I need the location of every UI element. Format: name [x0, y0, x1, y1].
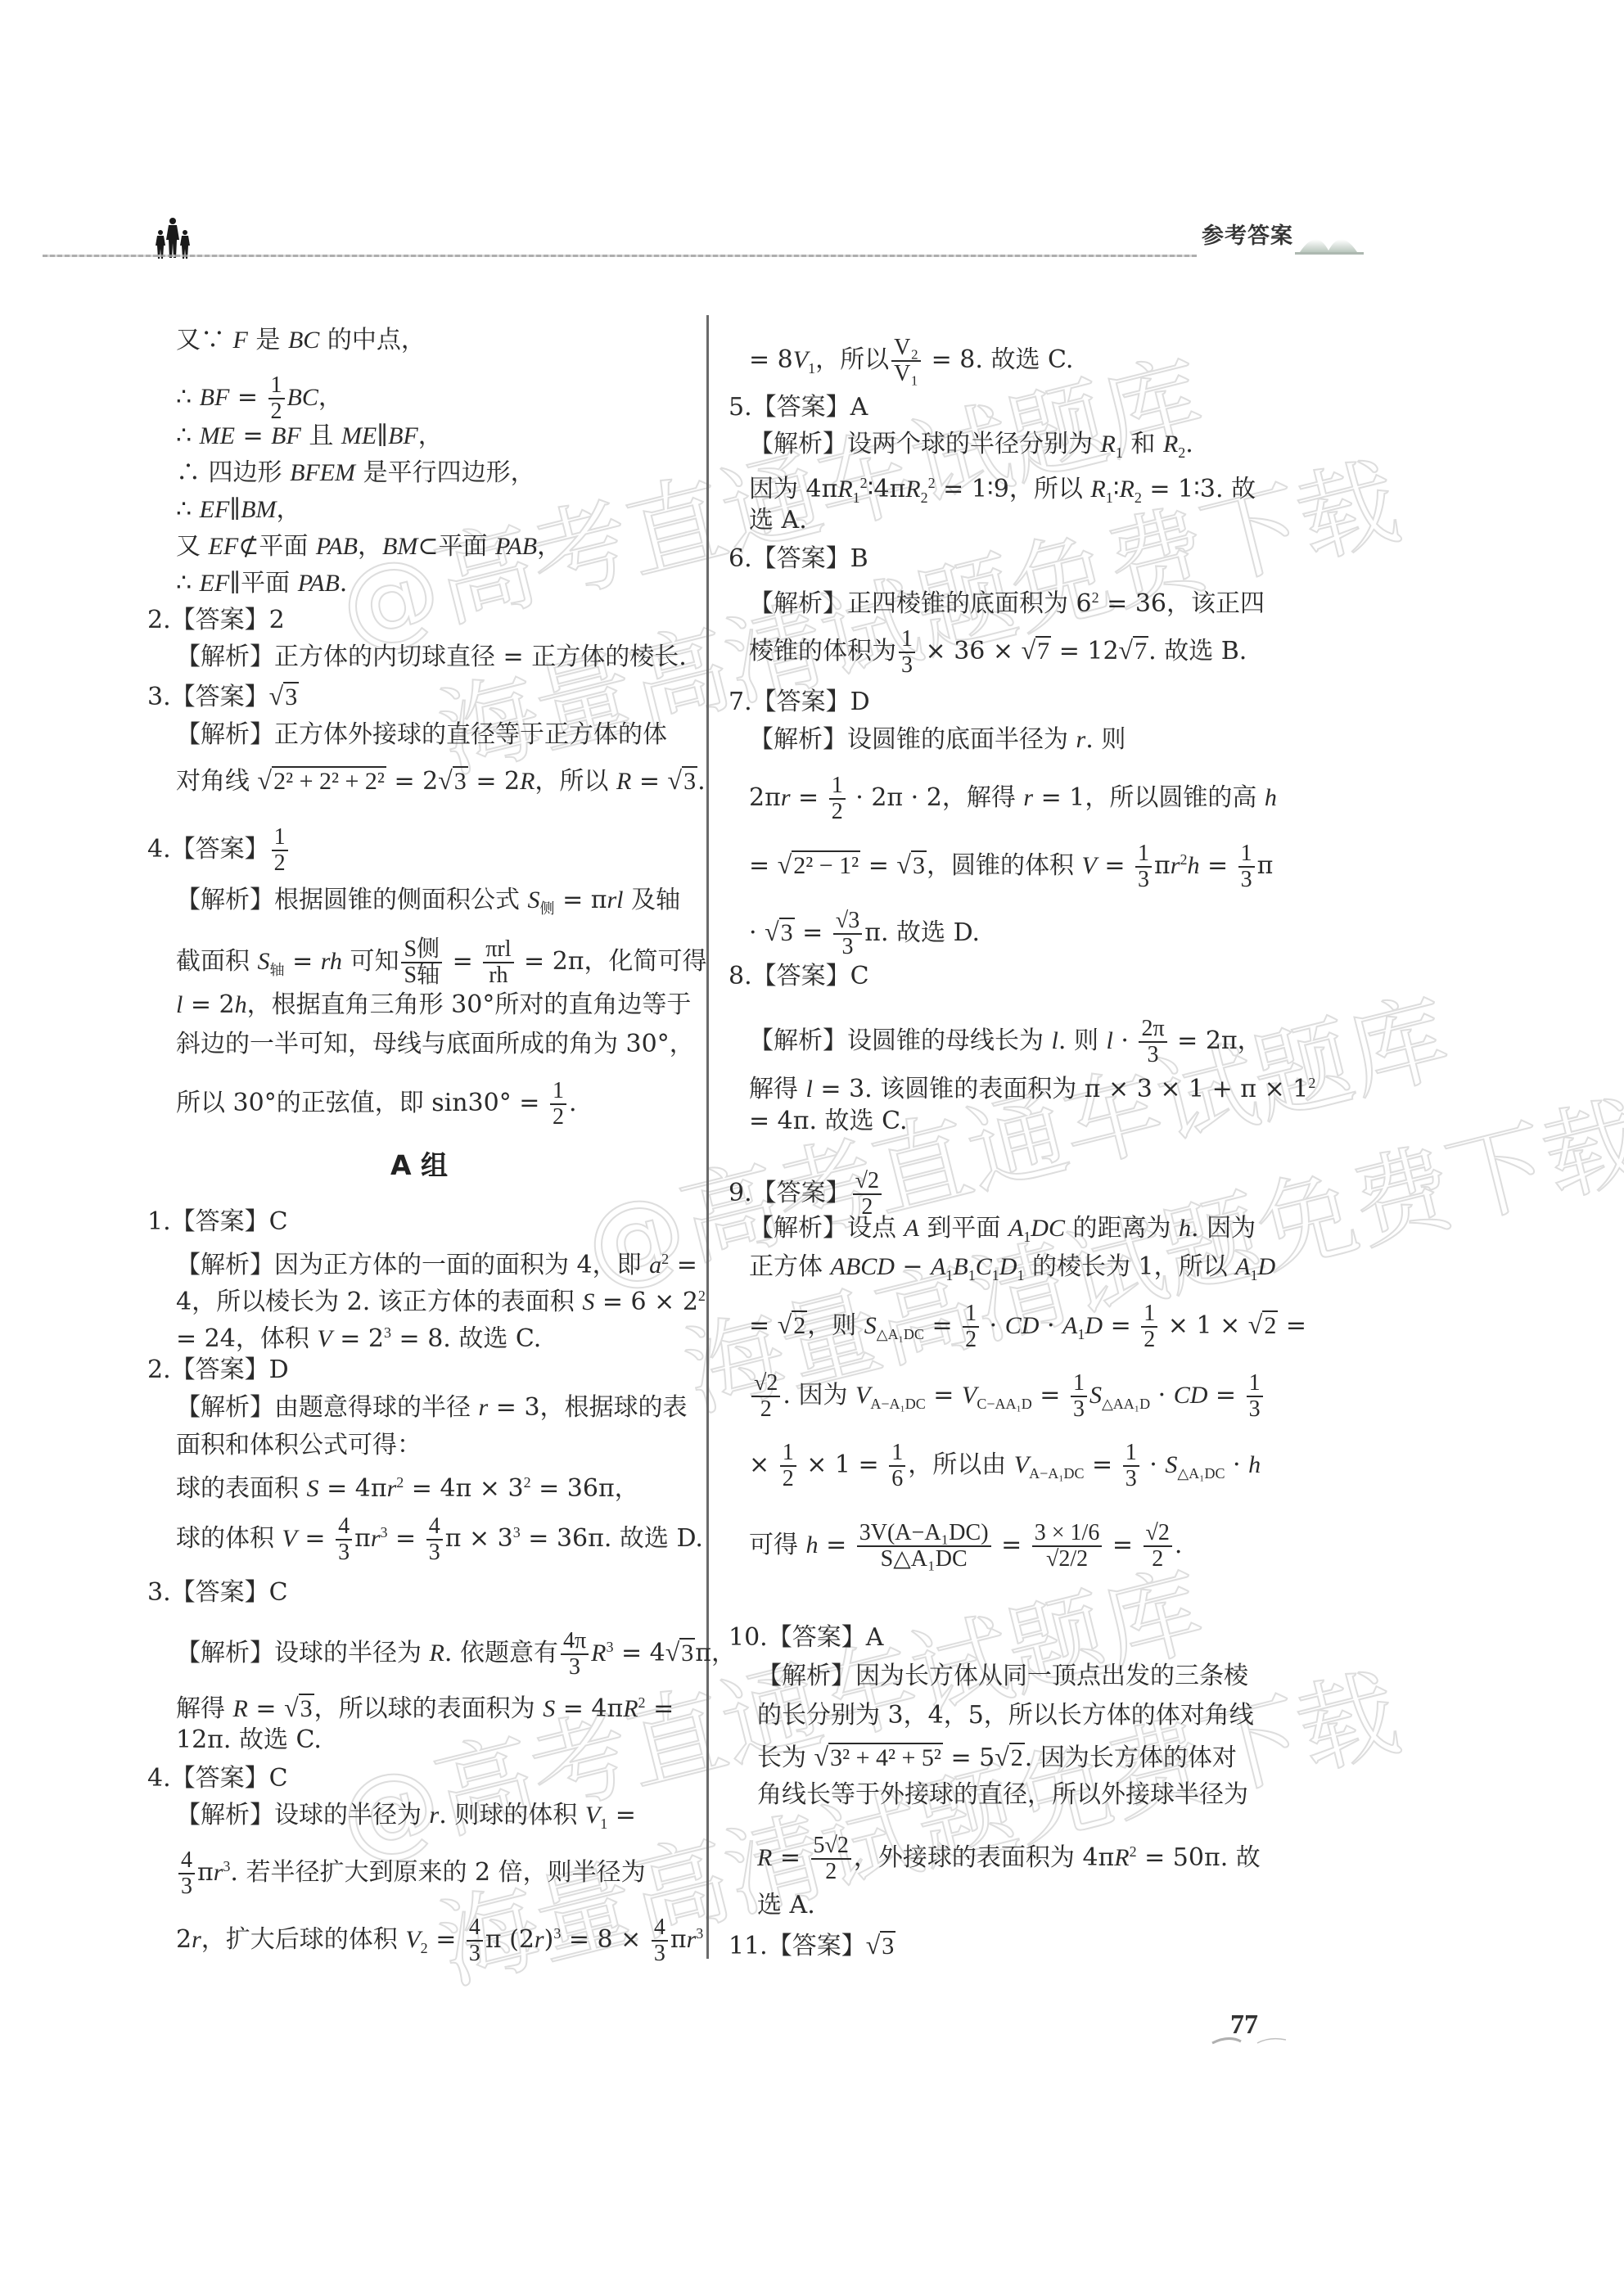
text-run: = — [388, 1524, 424, 1553]
fraction-denominator: 2 — [272, 851, 288, 876]
text-line: 斜边的一半可知，母线与底面所成的角为 30°， — [176, 1030, 694, 1059]
text-run: = — [749, 851, 778, 880]
text-run: = 2 — [386, 767, 438, 796]
square-root: √3 — [765, 917, 795, 948]
text-run: = — [297, 1524, 333, 1553]
subscript: 2 — [921, 489, 928, 506]
square-root: √2 — [995, 1742, 1025, 1773]
math-variable: A — [1062, 1312, 1077, 1339]
text-run: ， — [358, 532, 382, 561]
fraction: 12 — [1141, 1301, 1157, 1352]
fraction: 13 — [1238, 841, 1255, 892]
text-run: ∶4π — [868, 475, 906, 503]
text-run: = — [924, 1311, 960, 1340]
text-line: 所以 30°的正弦值，即 sin30° = 12. — [176, 1079, 577, 1130]
math-variable: BFEM — [290, 459, 355, 486]
text-run: ，外接球的表面积为 4π — [854, 1843, 1114, 1872]
fraction: 12 — [268, 373, 285, 424]
text-line: 11.【答案】√3 — [729, 1930, 895, 1961]
math-variable: BC — [288, 327, 319, 354]
text-line: 【解析】因为正方体的一面的面积为 4，即 a2 = — [176, 1244, 697, 1280]
radical-sign-icon: √ — [995, 1742, 1009, 1771]
text-run: ，扩大后球的体积 — [201, 1925, 406, 1954]
text-run: 【解析】正方体的内切球直径 = 正方体的棱长. — [176, 643, 687, 671]
math-variable: h — [1248, 1451, 1261, 1478]
math-variable: r — [479, 1394, 489, 1421]
radicand: 3 — [453, 766, 468, 795]
text-line: 2r，扩大后球的体积 V2 = 43π (2r)3 = 8 × 43πr3 — [176, 1915, 703, 1966]
fraction: 13 — [1247, 1371, 1263, 1422]
fraction: 13 — [899, 627, 915, 678]
radical-sign-icon: √ — [1022, 635, 1036, 665]
math-variable: D — [1257, 1253, 1275, 1280]
text-run: 是 — [248, 326, 288, 354]
fraction: 43 — [336, 1514, 352, 1565]
math-variable: BF — [271, 422, 301, 449]
math-variable: V — [585, 1802, 600, 1829]
text-run: = 4π × 3 — [404, 1474, 523, 1503]
subscript: 侧 — [540, 900, 555, 917]
text-run: π — [1257, 851, 1274, 880]
superscript: 2 — [1308, 1075, 1315, 1091]
text-run: 又∵ — [176, 326, 233, 354]
text-run: 解得 — [176, 1694, 233, 1723]
text-run: π — [354, 1524, 371, 1553]
math-variable: S — [258, 948, 270, 975]
fraction-denominator: 3 — [1123, 1467, 1139, 1491]
subscript: 1 — [1116, 444, 1123, 461]
text-run: = 3，根据球的表 — [488, 1393, 687, 1422]
math-variable: r — [214, 1859, 223, 1886]
text-run: 因为 4π — [749, 475, 837, 503]
text-run: = 3. 该圆锥的表面积为 π × 3 × 1 + π × 1 — [813, 1075, 1308, 1103]
text-line: ∴ EF∥BM， — [176, 495, 300, 525]
fraction-numerator: V₂ — [891, 336, 921, 362]
radical-sign-icon: √ — [438, 765, 453, 795]
math-variable: DC — [1031, 1215, 1065, 1242]
fraction-denominator: 6 — [889, 1467, 905, 1491]
text-run: ，所以球的表面积为 — [314, 1694, 544, 1723]
fraction-denominator: rh — [483, 963, 513, 988]
text-run: ， — [318, 383, 343, 412]
fraction-numerator: 4π — [561, 1629, 589, 1655]
math-variable: r — [430, 1802, 440, 1829]
text-line: 43πr3. 若半径扩大到原来的 2 倍，则半径为 — [176, 1848, 646, 1899]
text-run: 对角线 — [176, 767, 258, 796]
text-run: − — [895, 1252, 931, 1281]
text-run: = 50π. 故 — [1137, 1843, 1261, 1872]
text-run: · — [1142, 1450, 1166, 1479]
text-line: 【解析】设点 A 到平面 A1DC 的距离为 h. 因为 — [749, 1214, 1256, 1252]
fraction-numerator: √2 — [853, 1169, 882, 1195]
square-root: √7 — [1022, 635, 1052, 666]
text-run: 是平行四边形， — [355, 458, 535, 487]
math-variable: l — [806, 1076, 813, 1103]
fraction: 3V(A−A₁DC)S△A₁DC — [857, 1521, 991, 1572]
text-run: 3.【答案】C — [147, 1578, 288, 1607]
math-variable: l — [1107, 1027, 1113, 1054]
fraction: 2π3 — [1139, 1017, 1166, 1067]
fraction-numerator: 1 — [550, 1079, 566, 1105]
text-line: l = 2h，根据直角三角形 30°所对的直角边等于 — [176, 990, 691, 1020]
fraction: 13 — [1135, 841, 1152, 892]
fraction-numerator: √2 — [751, 1371, 780, 1397]
text-run: . — [444, 1639, 453, 1667]
square-root: √3² + 4² + 5² — [814, 1742, 943, 1773]
text-run: 的中点， — [319, 326, 426, 354]
text-line: 【解析】因为长方体从同一顶点出发的三条棱 — [757, 1662, 1248, 1691]
superscript: 3 — [513, 1524, 521, 1540]
text-run: 棱锥的体积为 — [749, 637, 896, 665]
math-variable: l — [1052, 1027, 1058, 1054]
fraction: √22 — [751, 1371, 780, 1422]
text-run: = — [926, 1381, 962, 1410]
text-line: 角线长等于外接球的直径，所以外接球半径为 — [757, 1780, 1248, 1810]
square-root: √2² − 1² — [778, 850, 860, 881]
text-run: 正方体 — [749, 1252, 831, 1281]
text-run: 4.【答案】 — [147, 835, 269, 864]
text-line: 2.【答案】D — [147, 1355, 289, 1385]
fraction-denominator: 3 — [899, 653, 915, 678]
fraction-denominator: 3 — [178, 1874, 195, 1899]
subscript: 1 — [600, 1816, 607, 1832]
text-run: = 4π — [319, 1474, 387, 1503]
text-line: 长为 √3² + 4² + 5² = 5√2. 因为长方体的体对 — [757, 1742, 1237, 1773]
text-line: 对角线 √2² + 2² + 2² = 2√3 = 2R，所以 R = √3. — [176, 765, 706, 796]
math-variable: R — [233, 1695, 248, 1722]
text-run: = 2π，化简可得 — [517, 947, 707, 976]
radical-sign-icon: √ — [1119, 635, 1134, 665]
fraction: 13 — [1123, 1441, 1139, 1491]
text-line: × 12 × 1 = 16，所以由 VA−A₁DC = 13 · S△A₁DC … — [749, 1441, 1261, 1491]
text-run: 选 A. — [749, 506, 807, 535]
text-run: = — [248, 1694, 284, 1723]
text-run: · — [1039, 1311, 1062, 1340]
math-variable: BM — [241, 496, 276, 523]
text-run: 【解析】正方体外接球的直径等于正方体的体 — [176, 720, 667, 749]
radical-sign-icon: √ — [896, 850, 911, 879]
radical-sign-icon: √ — [778, 850, 792, 879]
text-run: = — [1103, 1311, 1139, 1340]
fraction-numerator: 1 — [1247, 1371, 1263, 1397]
text-line: = 24，体积 V = 23 = 8. 故选 C. — [176, 1318, 541, 1354]
text-run: 依题意有 — [452, 1639, 558, 1667]
square-root: √3 — [438, 765, 468, 796]
page-number-ornament-icon — [1208, 2035, 1290, 2046]
text-run: = 1∶3. 故 — [1142, 475, 1256, 503]
math-variable: D — [1085, 1312, 1103, 1339]
text-run: π × 3 — [445, 1524, 513, 1553]
superscript: 2 — [1130, 1843, 1137, 1860]
text-line: 4.【答案】C — [147, 1764, 288, 1793]
fraction-denominator: 2 — [780, 1467, 796, 1491]
superscript: 2 — [638, 1694, 646, 1711]
text-run: 球的体积 — [176, 1524, 282, 1553]
radicand: 2² − 1² — [792, 850, 860, 879]
text-line: 棱锥的体积为13 × 36 × √7 = 12√7. 故选 B. — [749, 627, 1247, 678]
text-run: 解得 — [749, 1075, 806, 1103]
square-root: √3 — [896, 850, 927, 881]
text-run: 【解析】因为长方体从同一顶点出发的三条棱 — [757, 1662, 1248, 1690]
text-run: × — [749, 1450, 778, 1479]
text-run: ∶ — [1113, 475, 1120, 503]
text-run: = 1，所以圆锥的高 — [1033, 783, 1265, 812]
header-title: 参考答案 — [1202, 218, 1293, 250]
text-line: 【解析】根据圆锥的侧面积公式 S侧 = πrl 及轴 — [176, 886, 680, 923]
text-line: 4.【答案】12 — [147, 825, 291, 876]
math-variable: S — [307, 1475, 319, 1502]
fraction-numerator: 1 — [268, 373, 285, 399]
math-variable: B — [953, 1253, 968, 1280]
fraction-denominator: 3 — [833, 935, 862, 959]
fraction: 13 — [1071, 1371, 1087, 1422]
text-run: ，圆锥的体积 — [927, 851, 1082, 880]
math-variable: R — [1090, 476, 1105, 503]
math-variable: r — [535, 1926, 544, 1953]
fraction: 4π3 — [561, 1629, 589, 1680]
math-variable: S — [1165, 1451, 1177, 1478]
math-variable: h — [1187, 852, 1199, 879]
math-variable: R — [1101, 431, 1116, 458]
radical-sign-icon: √ — [814, 1742, 829, 1771]
text-line: 解得 l = 3. 该圆锥的表面积为 π × 3 × 1 + π × 12 — [749, 1068, 1315, 1104]
radicand: 3² + 4² + 5² — [828, 1743, 943, 1771]
fraction-numerator: 4 — [652, 1915, 668, 1942]
text-run: = — [795, 918, 831, 947]
fraction: 12 — [963, 1301, 979, 1352]
fraction: √22 — [1144, 1521, 1172, 1572]
text-run: = 8 × — [561, 1925, 649, 1954]
text-run: = 8. 故选 C. — [923, 345, 1073, 374]
fraction: 12 — [550, 1079, 566, 1130]
math-variable: R — [520, 768, 535, 795]
math-variable: R — [1163, 431, 1178, 458]
text-run: = 5 — [943, 1743, 995, 1772]
fraction: V₂V₁ — [891, 336, 921, 386]
superscript: 2 — [1092, 589, 1099, 606]
text-line: 球的表面积 S = 4πr2 = 4π × 32 = 36π， — [176, 1468, 639, 1504]
text-run: = — [428, 1925, 464, 1954]
text-line: 3.【答案】√3 — [147, 681, 299, 712]
text-line: 8.【答案】C — [729, 962, 869, 991]
text-run: ⊄平面 — [238, 532, 316, 561]
text-run: ， — [418, 422, 443, 450]
text-line: √22. 因为 VA−A₁DC = VC−AA₁D = 13S△AA₁D · C… — [749, 1371, 1265, 1422]
text-run: = — [819, 1531, 855, 1559]
text-run: π — [1154, 851, 1171, 880]
math-variable: S — [543, 1695, 555, 1722]
text-run: = — [1278, 1311, 1306, 1340]
text-run: 和 — [1123, 430, 1163, 458]
radical-sign-icon: √ — [765, 917, 779, 946]
math-variable: r — [192, 1926, 201, 1953]
text-run: 8.【答案】C — [729, 962, 869, 990]
text-run: = 2π， — [1170, 1026, 1262, 1055]
math-variable: CD — [1174, 1382, 1208, 1409]
fraction-numerator: 1 — [899, 627, 915, 653]
fraction-denominator: S轴 — [401, 963, 442, 988]
text-run: · — [749, 918, 765, 947]
text-run: . — [569, 1089, 577, 1117]
subscript: 2 — [1178, 444, 1185, 461]
text-line: ∴ BF = 12BC， — [176, 373, 343, 424]
math-variable: V — [855, 1382, 870, 1409]
fraction-numerator: 3V(A−A₁DC) — [857, 1521, 991, 1547]
superscript: 3 — [696, 1925, 703, 1942]
text-run: ，所以 — [535, 767, 616, 796]
text-run: = — [994, 1531, 1030, 1559]
radicand: 3 — [911, 850, 927, 879]
superscript: 2 — [928, 475, 936, 491]
radical-sign-icon: √ — [269, 681, 284, 710]
fraction: √33 — [833, 909, 862, 959]
radical-sign-icon: √ — [258, 765, 273, 795]
text-line: 因为 4πR12∶4πR22 = 1∶9，所以 R1∶R2 = 1∶3. 故 — [749, 468, 1256, 512]
fraction: 43 — [178, 1848, 195, 1899]
superscript: 2 — [524, 1474, 531, 1491]
fraction-numerator: 4 — [426, 1514, 443, 1540]
text-run: 因为 — [791, 1381, 855, 1410]
fraction-denominator: 2 — [268, 399, 285, 424]
text-run: 的长分别为 3，4，5，所以长方体的体对角线 — [757, 1701, 1254, 1730]
text-run: = 6 × 2 — [594, 1288, 698, 1316]
radical-sign-icon: √ — [778, 1310, 792, 1339]
math-variable: V — [282, 1525, 297, 1552]
text-run: · — [1225, 1450, 1248, 1479]
subscript: 2 — [421, 1940, 428, 1956]
text-run: ∥ — [229, 495, 241, 524]
text-run: ∴ — [176, 569, 200, 598]
fraction-numerator: πrl — [483, 937, 513, 963]
radicand: 3 — [880, 1931, 895, 1960]
math-variable: a — [649, 1252, 661, 1279]
text-run: 可知 — [342, 947, 399, 976]
text-run: = — [669, 1251, 697, 1279]
fraction-numerator: 4 — [336, 1514, 352, 1540]
math-variable: CD — [1005, 1312, 1040, 1339]
text-run: · — [1113, 1026, 1137, 1055]
text-run: 10.【答案】A — [729, 1623, 883, 1652]
text-run: 【解析】设两个球的半径分别为 — [749, 430, 1101, 458]
text-line: 的长分别为 3，4，5，所以长方体的体对角线 — [757, 1701, 1254, 1730]
text-line: 选 A. — [757, 1891, 815, 1920]
superscript: 3 — [381, 1524, 388, 1540]
header-rule — [43, 255, 1197, 257]
text-run: ∥ — [377, 422, 388, 450]
text-run: 【解析】设球的半径为 — [176, 1639, 430, 1667]
fraction-denominator: 2 — [550, 1105, 566, 1130]
text-run: . — [697, 767, 706, 796]
math-variable: S — [528, 886, 540, 913]
text-run: 则 — [1066, 1026, 1106, 1055]
radicand: 2 — [792, 1310, 807, 1339]
text-run: . — [783, 1381, 791, 1410]
text-run: 9.【答案】 — [729, 1179, 850, 1207]
math-variable: A — [1235, 1253, 1250, 1280]
radicand: 3 — [299, 1694, 314, 1722]
math-variable: rh — [321, 948, 342, 975]
math-variable: r — [1023, 784, 1033, 811]
text-run: · — [981, 1311, 1005, 1340]
text-run: 的距离为 — [1065, 1214, 1179, 1243]
text-run: = — [1032, 1381, 1068, 1410]
text-run: 2.【答案】D — [147, 1355, 289, 1384]
text-line: 12π. 故选 C. — [176, 1725, 322, 1755]
fraction: √22 — [853, 1169, 882, 1220]
math-variable: h — [806, 1531, 819, 1558]
text-run: = 1∶9，所以 — [936, 475, 1091, 503]
text-run: = — [1085, 1450, 1121, 1479]
text-run: ∴ — [176, 383, 200, 412]
fraction: 12 — [272, 825, 288, 876]
text-run: 【解析】设点 — [749, 1214, 904, 1243]
fraction: 12 — [829, 774, 846, 824]
square-root: √3 — [269, 681, 300, 712]
fraction-numerator: 1 — [1141, 1301, 1157, 1328]
text-run: 可得 — [749, 1531, 806, 1559]
fraction-numerator: 1 — [272, 825, 288, 851]
radicand: 2 — [1262, 1310, 1278, 1339]
text-run: 6.【答案】B — [729, 544, 868, 573]
text-line: ∴ EF∥平面 PAB. — [176, 569, 347, 598]
text-run: = 4π. 故选 C. — [749, 1107, 908, 1135]
text-run: 球的表面积 — [176, 1474, 307, 1503]
fraction-numerator: 4 — [178, 1848, 195, 1874]
superscript: 3 — [384, 1324, 391, 1341]
math-variable: ME — [341, 422, 377, 449]
text-run: 角线长等于外接球的直径，所以外接球半径为 — [757, 1780, 1248, 1809]
radicand: 7 — [1035, 636, 1051, 665]
text-run: 5.【答案】A — [729, 393, 868, 422]
text-line: 可得 h = 3V(A−A₁DC)S△A₁DC = 3 × 1/6√2/2 = … — [749, 1521, 1182, 1572]
text-run: = — [631, 767, 667, 796]
text-run: = 36π， — [531, 1474, 639, 1503]
math-variable: BF — [388, 422, 418, 449]
math-variable: V — [405, 1926, 420, 1953]
text-run: 长为 — [757, 1743, 814, 1772]
text-line: = 8V1，所以V₂V₁ = 8. 故选 C. — [749, 336, 1073, 386]
fraction-denominator: 2 — [811, 1860, 851, 1884]
text-line: 10.【答案】A — [729, 1623, 883, 1653]
text-line: 选 A. — [749, 506, 807, 535]
fraction: 12 — [780, 1441, 796, 1491]
subscript: 1 — [808, 360, 815, 377]
text-run: . — [340, 569, 348, 598]
subscript: 1 — [1106, 489, 1113, 506]
text-run: = 2 — [183, 990, 234, 1019]
text-run: 12π. 故选 C. — [176, 1725, 322, 1754]
math-variable: PAB — [495, 533, 537, 560]
text-run: = — [1097, 851, 1133, 880]
fraction-numerator: S侧 — [401, 937, 442, 963]
math-variable: h — [1179, 1215, 1191, 1242]
text-run: . — [439, 1801, 447, 1829]
fraction-denominator: 3 — [336, 1540, 352, 1565]
text-run: = 8 — [749, 345, 793, 374]
fraction-denominator: √2/2 — [1032, 1547, 1103, 1572]
square-root: √7 — [1119, 635, 1149, 666]
math-variable: r — [1171, 852, 1180, 879]
text-run: · 2π · 2，解得 — [848, 783, 1024, 812]
text-run: 则 — [1094, 725, 1126, 754]
text-run: · — [1150, 1381, 1174, 1410]
text-line: 【解析】设圆锥的母线长为 l. 则 l · 2π3 = 2π， — [749, 1017, 1262, 1067]
text-run: 【解析】因为正方体的一面的面积为 4，即 — [176, 1251, 649, 1279]
text-run: 故选 D. — [889, 918, 981, 947]
text-run: 【解析】由题意得球的半径 — [176, 1393, 479, 1422]
text-run: 2π — [749, 783, 781, 812]
text-run: . — [1058, 1026, 1067, 1055]
